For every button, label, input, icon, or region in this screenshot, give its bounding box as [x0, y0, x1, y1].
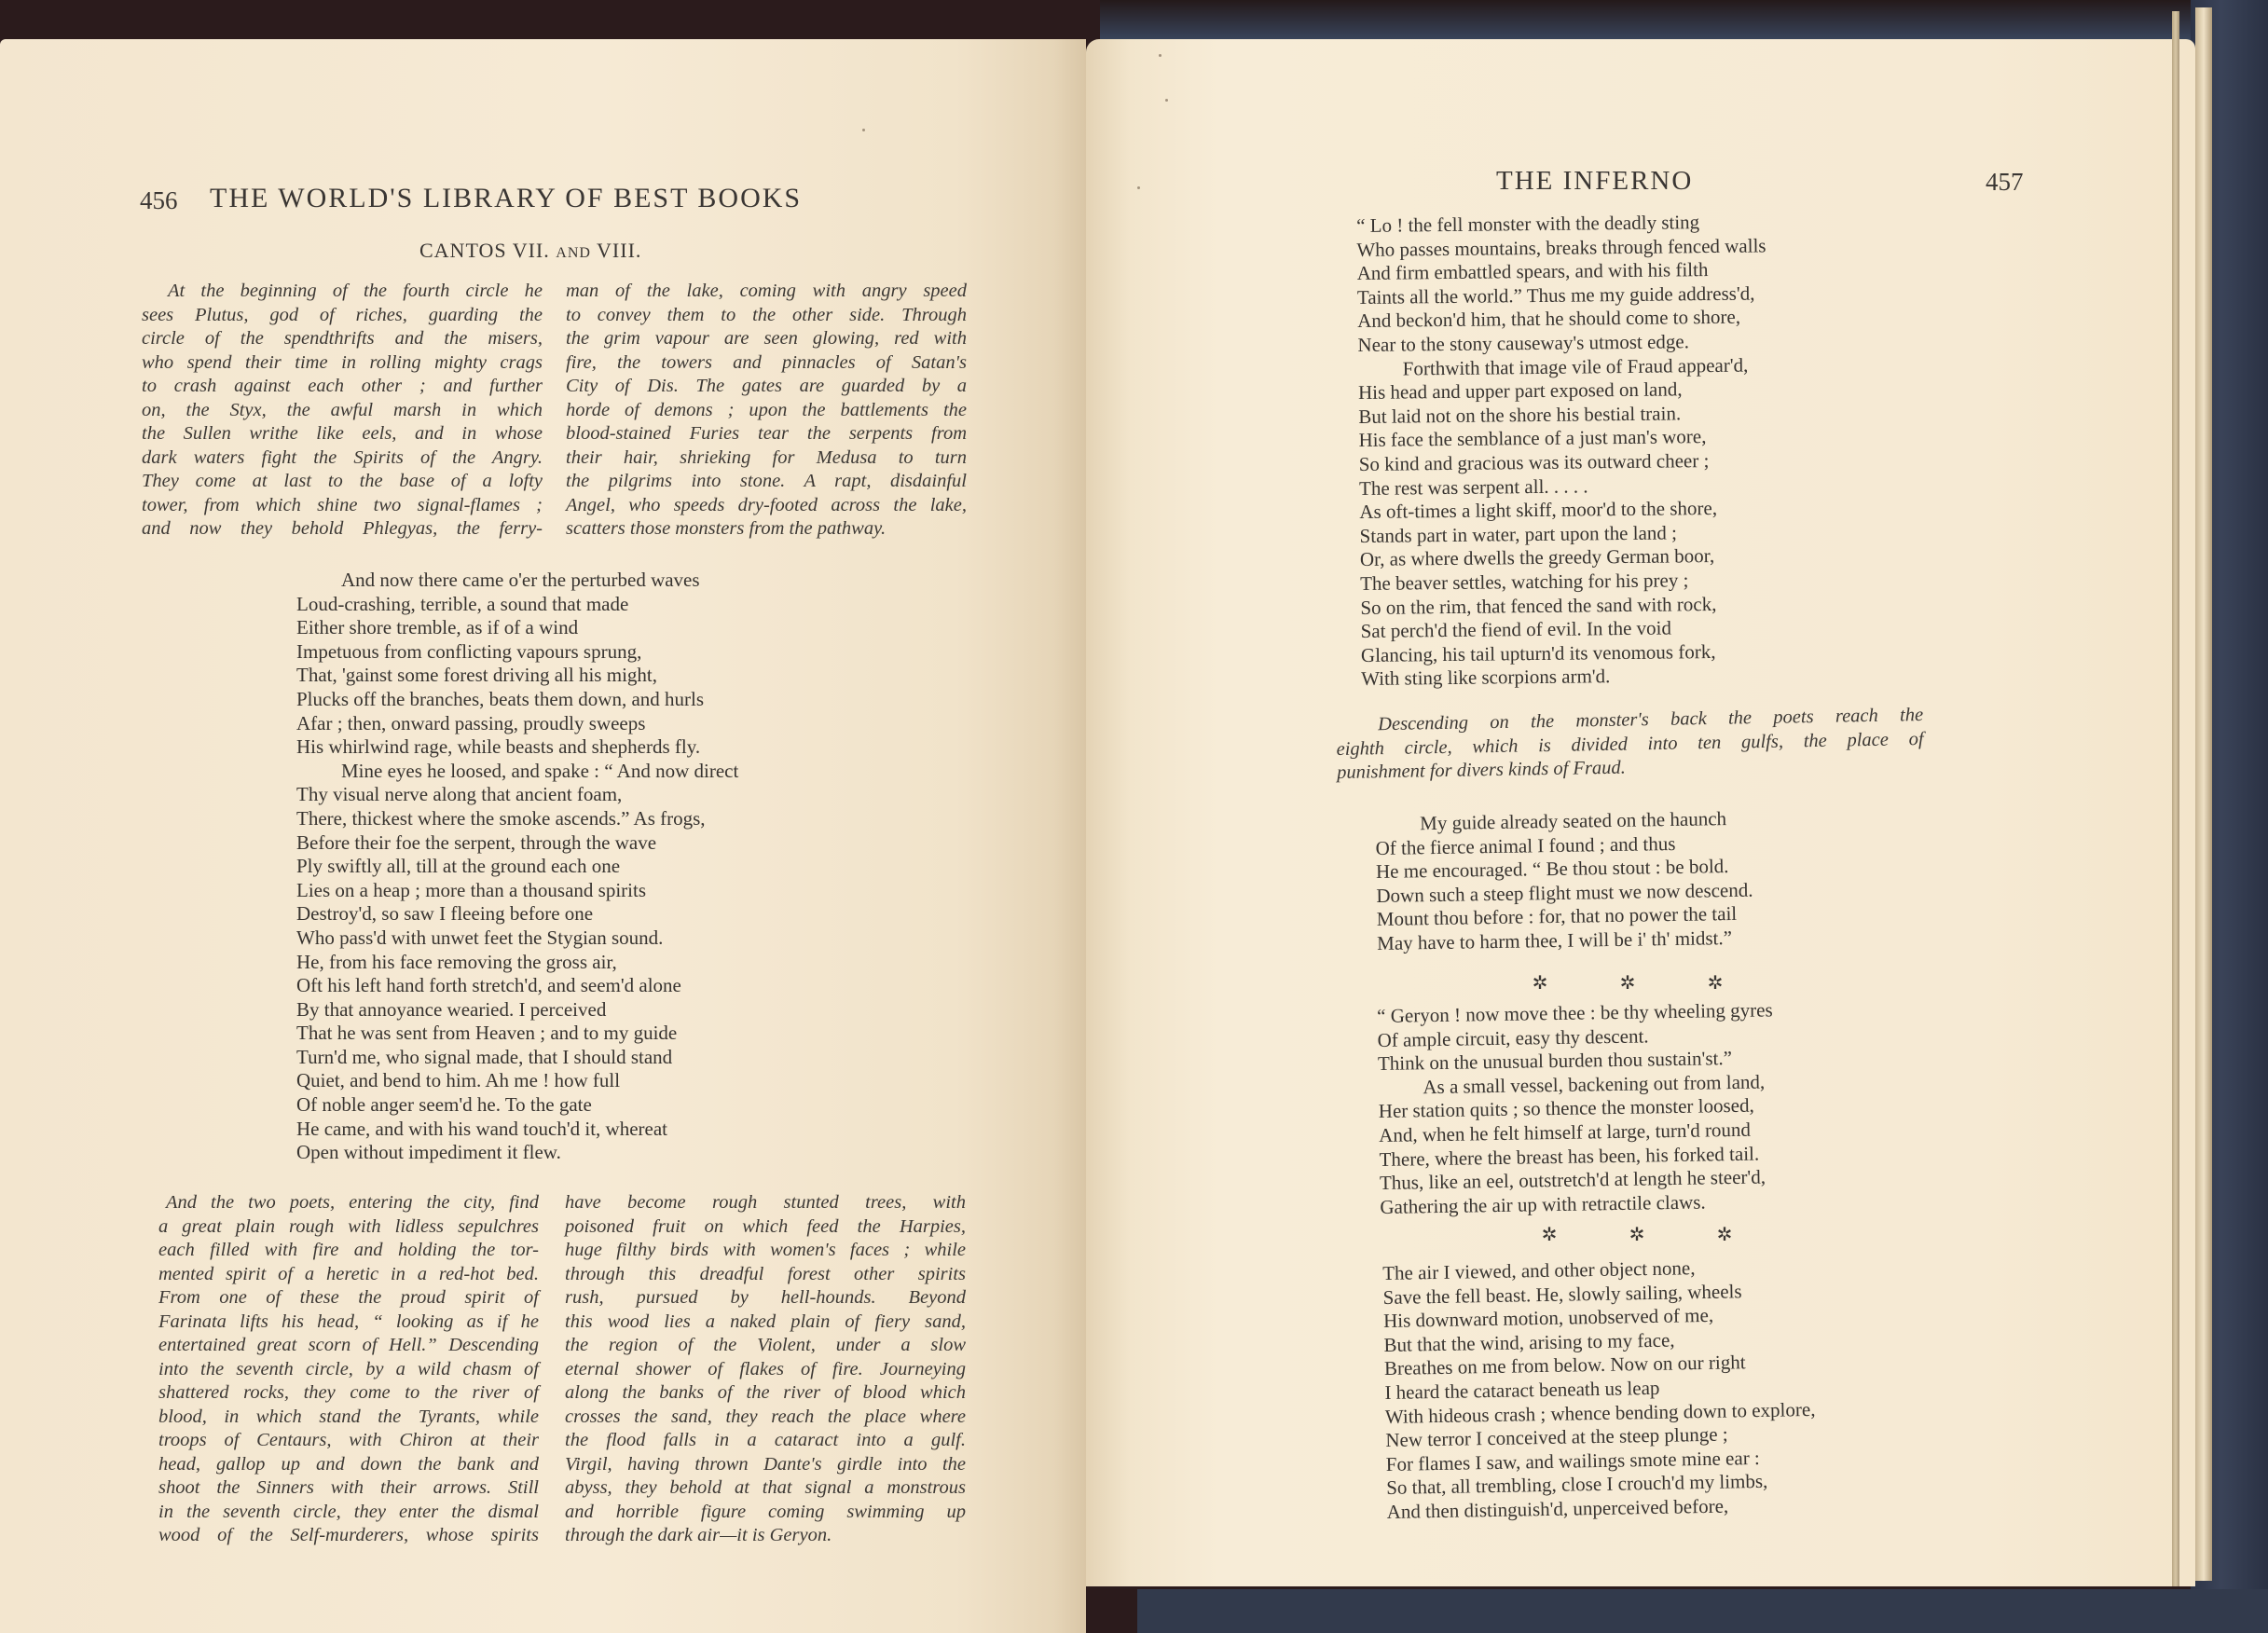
verse-line: Oft his left hand forth stretch'd, and s… — [296, 974, 738, 998]
verse-line: Or, as where dwells the greedy German bo… — [1360, 544, 1769, 572]
page-number: 456 — [140, 186, 178, 215]
verse-line: Loud-crashing, terrible, a sound that ma… — [296, 593, 738, 617]
verse-line: Open without impediment it flew. — [296, 1141, 738, 1165]
verse-block: And now there came o'er the perturbed wa… — [296, 569, 738, 1165]
verse-block-3: “ Geryon ! now move thee : be thy wheeli… — [1377, 998, 1776, 1219]
summary-line: this wood lies a naked plain of fiery sa… — [565, 1311, 966, 1335]
verse-line: That, 'gainst some forest driving all hi… — [296, 664, 738, 688]
summary-line: blood-stained Furies tear the serpents f… — [566, 422, 967, 446]
summary-line: Angel, who speeds dry-footed across the … — [566, 494, 967, 518]
summary-line: head, gallop up and down the bank and — [158, 1453, 539, 1477]
verse-line: Of noble anger seem'd he. To the gate — [296, 1093, 738, 1118]
verse-line: Thy visual nerve along that ancient foam… — [296, 783, 738, 807]
running-head: THE INFERNO — [1496, 166, 1693, 197]
summary-line: fire, the towers and pinnacles of Satan'… — [566, 351, 967, 376]
summary-line: circle of the spendthrifts and the miser… — [142, 327, 543, 351]
summary-line: shattered rocks, they come to the river … — [158, 1381, 539, 1406]
summary-right: Descending on the monster's back the poe… — [1336, 704, 1924, 785]
summary-line: tower, from which shine two signal-flame… — [142, 494, 543, 518]
summary-line: troops of Centaurs, with Chiron at their — [158, 1429, 539, 1453]
summary-line: the region of the Violent, under a slow — [565, 1334, 966, 1358]
summary-line: horde of demons ; upon the battlements t… — [566, 399, 967, 423]
verse-line: His whirlwind rage, while beasts and she… — [296, 735, 738, 760]
verse-line: Glancing, his tail upturn'd its venomous… — [1361, 639, 1770, 667]
summary-line: the Sullen writhe like eels, and in whos… — [142, 422, 543, 446]
right-page: THE INFERNO 457 “ Lo ! the fell monster … — [1086, 39, 2195, 1586]
verse-line: Either shore tremble, as if of a wind — [296, 616, 738, 640]
summary-line: the flood falls in a cataract into a gul… — [565, 1429, 966, 1453]
verse-line: Afar ; then, onward passing, proudly swe… — [296, 712, 738, 736]
section-break: ✲✲✲ — [1496, 971, 1759, 995]
verse-line: Ply swiftly all, till at the ground each… — [296, 855, 738, 879]
paper-fleck — [1165, 99, 1168, 102]
verse-line: And beckon'd him, that he should come to… — [1357, 306, 1766, 334]
summary-line: through the dark air—it is Geryon. — [565, 1524, 966, 1548]
summary-line: They come at last to the base of a lofty — [142, 470, 543, 494]
asterisk-icon: ✲ — [1584, 971, 1671, 995]
section-title-text: CANTOS VII. — [419, 239, 550, 262]
running-head: THE WORLD'S LIBRARY OF BEST BOOKS — [210, 183, 802, 214]
summary-line: crosses the sand, they reach the place w… — [565, 1406, 966, 1430]
section-title-and: AND — [556, 245, 591, 261]
verse-line: Plucks off the branches, beats them down… — [296, 688, 738, 712]
verse-block-4: The air I viewed, and other object none,… — [1382, 1255, 1817, 1525]
summary-line: into the seventh circle, by a wild chasm… — [158, 1358, 539, 1382]
summary-line: Virgil, having thrown Dante's girdle int… — [565, 1453, 966, 1477]
verse-line: Lies on a heap ; more than a thousand sp… — [296, 879, 738, 903]
verse-line: Quiet, and bend to him. Ah me ! how full — [296, 1069, 738, 1093]
verse-line: So kind and gracious was its outward che… — [1359, 448, 1768, 476]
summary-line: and horrible figure coming swimming up — [565, 1501, 966, 1525]
summary-line: Farinata lifts his head, “ looking as if… — [158, 1311, 539, 1335]
verse-line: By that annoyance wearied. I perceived — [296, 998, 738, 1022]
verse-line: Turn'd me, who signal made, that I shoul… — [296, 1046, 738, 1070]
summary-line: and now they behold Phlegyas, the ferry- — [142, 517, 543, 542]
summary-line: abyss, they behold at that signal a mons… — [565, 1476, 966, 1501]
summary-bottom-col1: And the two poets, entering the city, fi… — [158, 1191, 539, 1548]
summary-line: along the banks of the river of blood wh… — [565, 1381, 966, 1406]
asterisk-icon: ✲ — [1681, 1223, 1768, 1246]
book-cover-top — [1100, 0, 2268, 45]
summary-line: poisoned fruit on which feed the Harpies… — [565, 1215, 966, 1240]
verse-line: That he was sent from Heaven ; and to my… — [296, 1022, 738, 1046]
verse-line: With sting like scorpions arm'd. — [1361, 664, 1770, 692]
summary-line: rush, pursued by hell-hounds. Beyond — [565, 1286, 966, 1311]
verse-line: Who pass'd with unwet feet the Stygian s… — [296, 926, 738, 951]
summary-line: scatters those monsters from the pathway… — [566, 517, 967, 542]
summary-line: sees Plutus, god of riches, guarding the — [142, 304, 543, 328]
asterisk-icon: ✲ — [1505, 1223, 1593, 1246]
summary-line: huge filthy birds with women's faces ; w… — [565, 1239, 966, 1263]
paper-fleck — [1137, 186, 1140, 189]
paper-fleck — [1159, 54, 1161, 57]
verse-line: Forthwith that image vile of Fraud appea… — [1358, 353, 1767, 381]
summary-line: entertained great scorn of Hell.” Descen… — [158, 1334, 539, 1358]
summary-line: through this dreadful forest other spiri… — [565, 1263, 966, 1287]
summary-line: each filled with fire and holding the to… — [158, 1239, 539, 1263]
summary-line: to crash against each other ; and furthe… — [142, 375, 543, 399]
left-page: 456 THE WORLD'S LIBRARY OF BEST BOOKS CA… — [0, 39, 1086, 1633]
summary-top-col1: At the beginning of the fourth circle he… — [142, 280, 543, 542]
verse-line: As oft-times a light skiff, moor'd to th… — [1359, 497, 1768, 525]
page-edges — [2195, 7, 2212, 1581]
asterisk-icon: ✲ — [1593, 1223, 1681, 1246]
book-cover-bottom — [1137, 1589, 2268, 1633]
verse-line: Impetuous from conflicting vapours sprun… — [296, 640, 738, 665]
summary-line: man of the lake, coming with angry speed — [566, 280, 967, 304]
summary-line: eternal shower of flakes of fire. Journe… — [565, 1358, 966, 1382]
page-number: 457 — [1986, 168, 2024, 197]
summary-line: mented spirit of a heretic in a red-hot … — [158, 1263, 539, 1287]
summary-line: who spend their time in rolling mighty c… — [142, 351, 543, 376]
page-edge-line — [2172, 11, 2179, 1586]
summary-line: the grim vapour are seen glowing, red wi… — [566, 327, 967, 351]
summary-line: City of Dis. The gates are guarded by a — [566, 375, 967, 399]
verse-line: He came, and with his wand touch'd it, w… — [296, 1118, 738, 1142]
verse-line: There, thickest where the smoke ascends.… — [296, 807, 738, 831]
summary-line: on, the Styx, the awful marsh in which — [142, 399, 543, 423]
summary-line: wood of the Self-murderers, whose spirit… — [158, 1524, 539, 1548]
section-break: ✲✲✲ — [1505, 1223, 1768, 1246]
verse-line: So on the rim, that fenced the sand with… — [1360, 592, 1769, 620]
verse-line: He, from his face removing the gross air… — [296, 951, 738, 975]
verse-line: Destroy'd, so saw I fleeing before one — [296, 902, 738, 926]
section-title: CANTOS VII. AND VIII. — [419, 239, 641, 263]
summary-line: to convey them to the other side. Throug… — [566, 304, 967, 328]
summary-line: have become rough stunted trees, with — [565, 1191, 966, 1215]
summary-line: the pilgrims into stone. A rapt, disdain… — [566, 470, 967, 494]
summary-line: From one of these the proud spirit of — [158, 1286, 539, 1311]
summary-line: their hair, shrieking for Medusa to turn — [566, 446, 967, 471]
verse-block-1: “ Lo ! the fell monster with the deadly … — [1356, 210, 1770, 691]
summary-line: shoot the Sinners with their arrows. Sti… — [158, 1476, 539, 1501]
section-title-end: VIII. — [597, 239, 641, 262]
summary-line: At the beginning of the fourth circle he — [142, 280, 543, 304]
summary-line: blood, in which stand the Tyrants, while — [158, 1406, 539, 1430]
verse-line: May have to harm thee, I will be i' th' … — [1377, 926, 1754, 956]
verse-line: And now there came o'er the perturbed wa… — [296, 569, 738, 593]
summary-top-col2: man of the lake, coming with angry speed… — [566, 280, 967, 542]
summary-line: And the two poets, entering the city, fi… — [158, 1191, 539, 1215]
verse-line: Before their foe the serpent, through th… — [296, 831, 738, 856]
summary-line: a great plain rough with lidless sepulch… — [158, 1215, 539, 1240]
summary-bottom-col2: have become rough stunted trees, with po… — [565, 1191, 966, 1548]
summary-line: dark waters fight the Spirits of the Ang… — [142, 446, 543, 471]
summary-line: in the seventh circle, they enter the di… — [158, 1501, 539, 1525]
verse-line: Mine eyes he loosed, and spake : “ And n… — [296, 760, 738, 784]
asterisk-icon: ✲ — [1496, 971, 1584, 995]
asterisk-icon: ✲ — [1671, 971, 1759, 995]
verse-block-2: My guide already seated on the haunch Of… — [1375, 807, 1754, 956]
paper-fleck — [862, 129, 865, 131]
